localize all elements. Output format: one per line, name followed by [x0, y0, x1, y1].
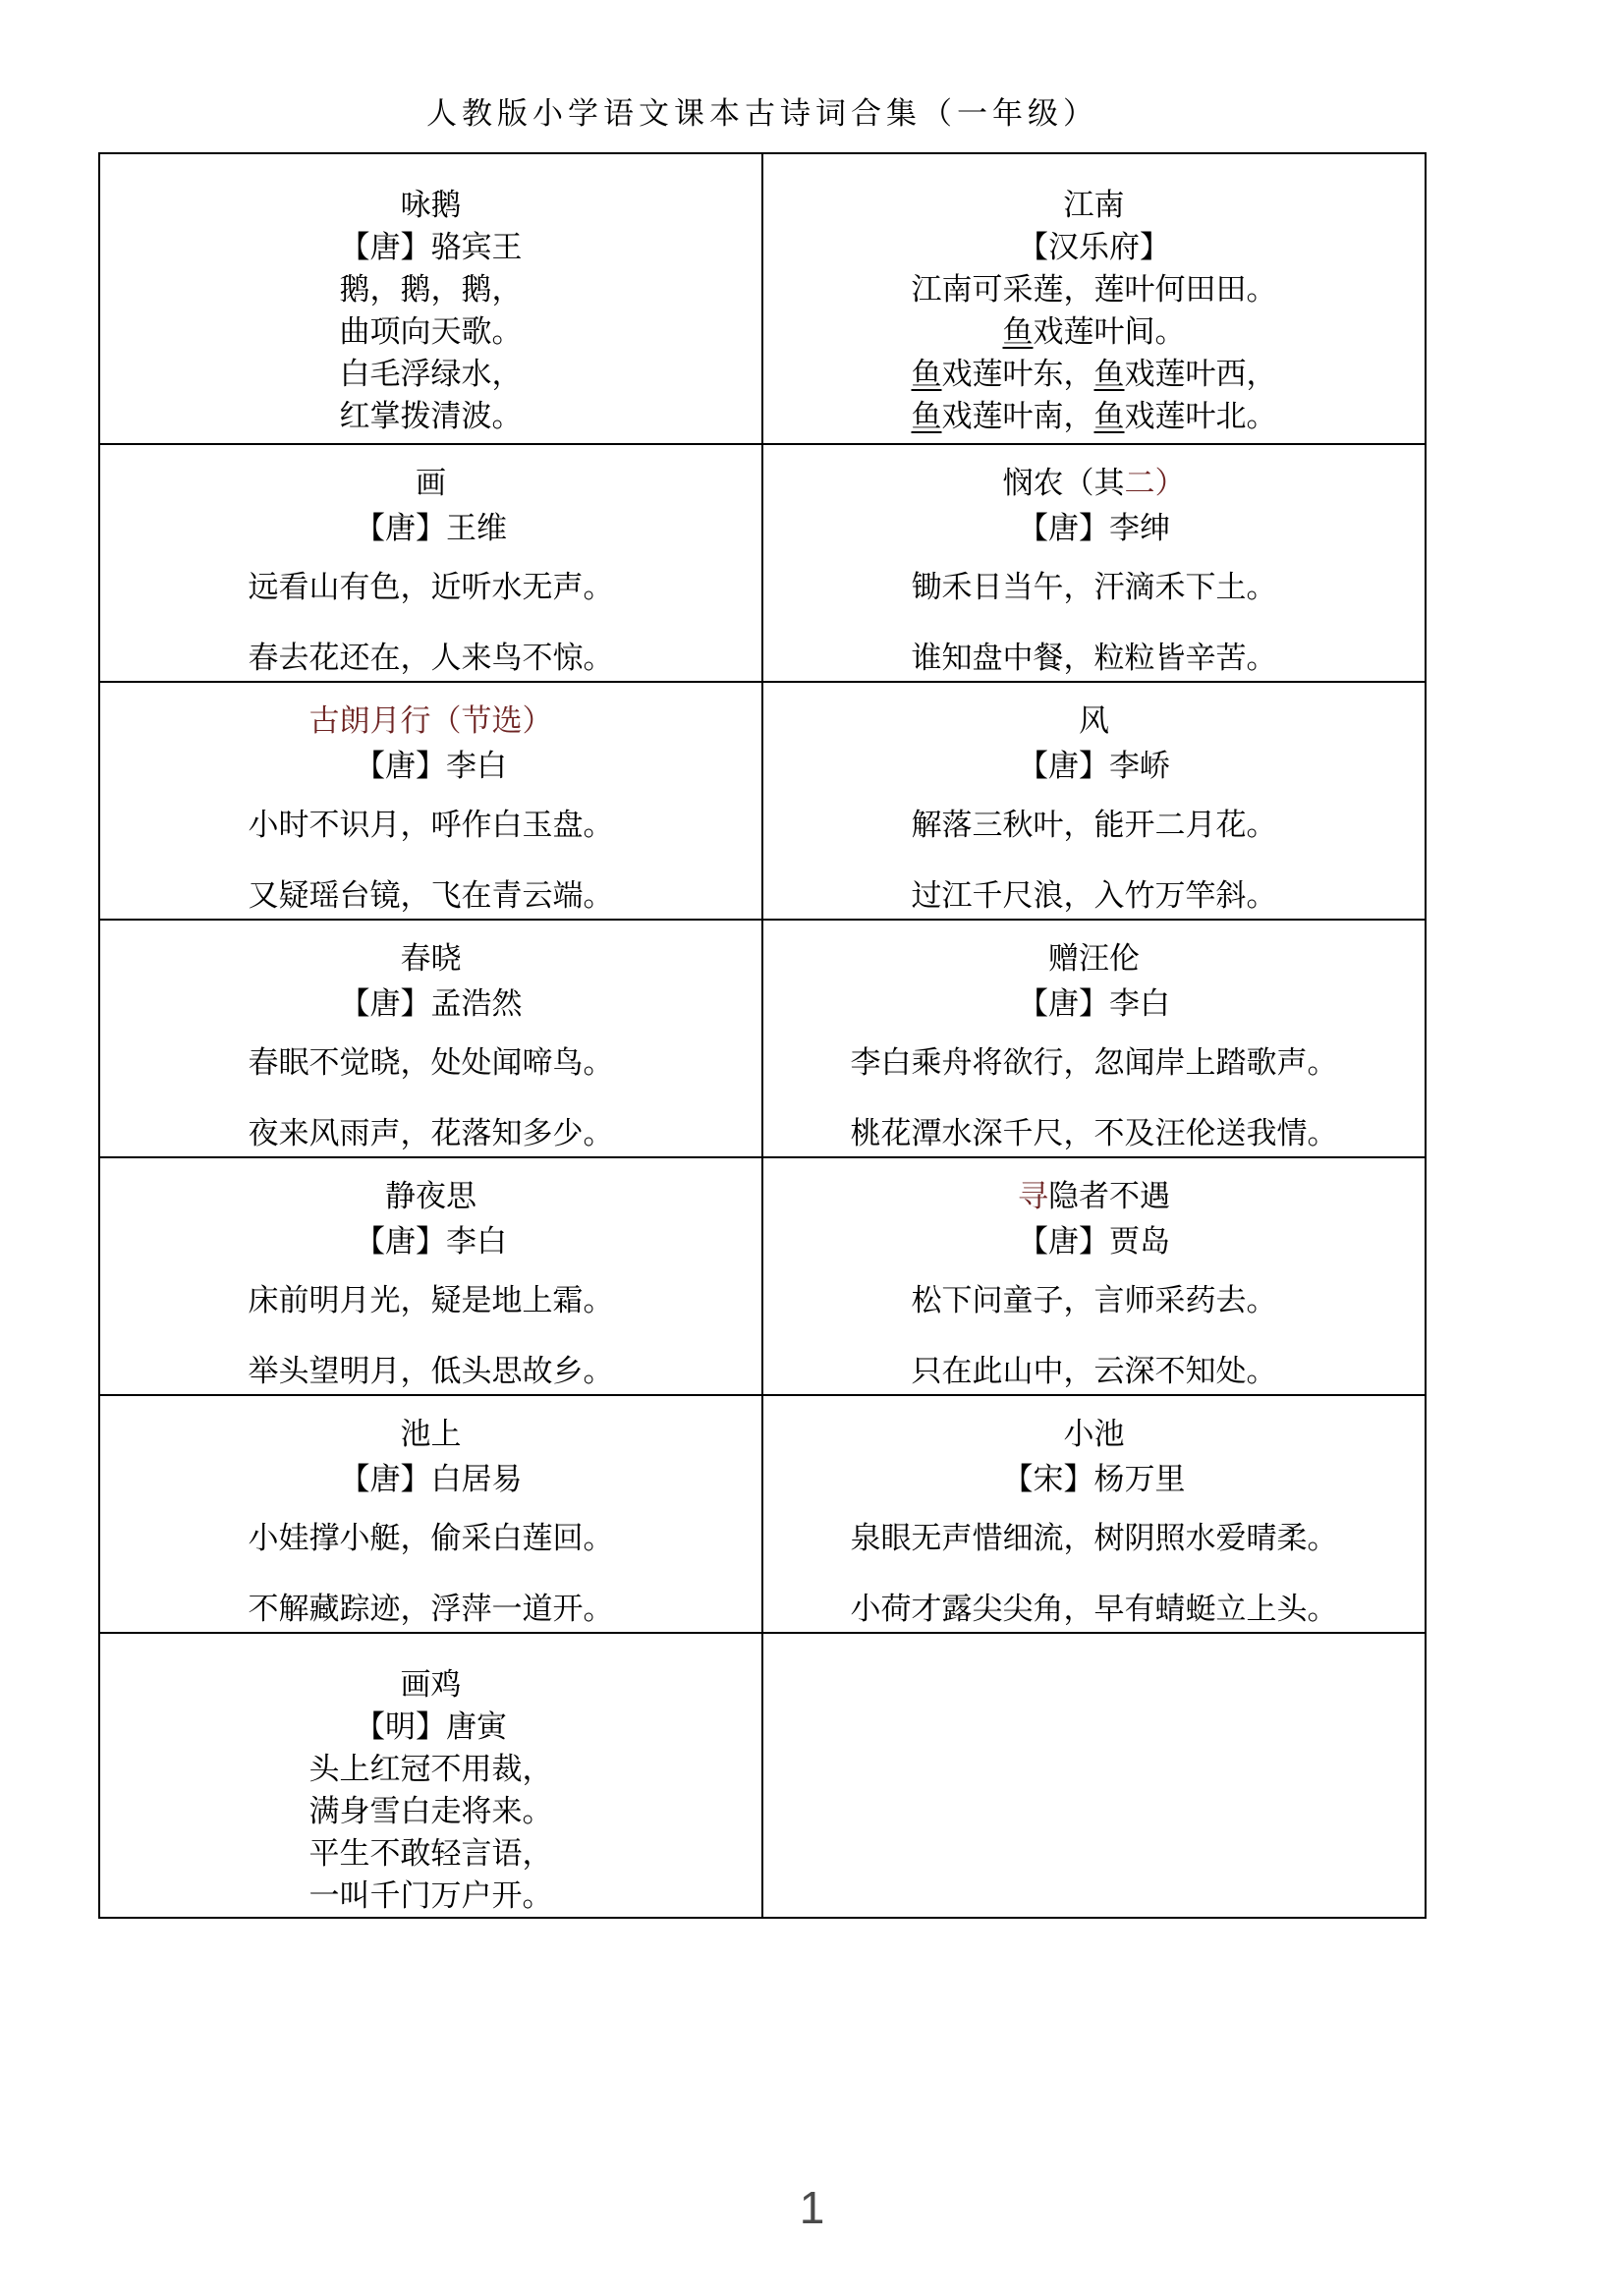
poem-author-line: 【唐】骆宾王 [100, 226, 761, 268]
text-segment: 李白乘舟将欲行，忽闻岸上踏歌声。 [851, 1045, 1338, 1080]
text-segment: 画鸡 [401, 1667, 462, 1702]
text-segment: 鱼 [1003, 314, 1034, 349]
poem-verse-line: 谁知盘中餐，粒粒皆辛苦。 [763, 636, 1425, 681]
poem-verse-line: 小荷才露尖尖角，早有蜻蜓立上头。 [763, 1587, 1425, 1632]
poem-cell: 江南【汉乐府】江南可采莲，莲叶何田田。鱼戏莲叶间。鱼戏莲叶东，鱼戏莲叶西，鱼戏莲… [762, 153, 1426, 444]
poem-verse-line: 春去花还在，人来鸟不惊。 [100, 636, 761, 681]
poem-verse-line: 举头望明月，低头思故乡。 [100, 1349, 761, 1394]
text-segment: 【唐】贾岛 [1018, 1224, 1170, 1259]
poem-verse-line: 鱼戏莲叶东，鱼戏莲叶西， [763, 353, 1425, 395]
text-segment: 床前明月光，疑是地上霜。 [249, 1283, 614, 1317]
poem-verse-line: 白毛浮绿水， [100, 353, 761, 395]
poem-cell: 小池【宋】杨万里泉眼无声惜细流，树阴照水爱晴柔。小荷才露尖尖角，早有蜻蜓立上头。 [762, 1395, 1426, 1633]
page-title: 人教版小学语文课本古诗词合集（一年级） [98, 88, 1427, 133]
poem-title-line: 小池 [763, 1412, 1425, 1457]
poem-author-line: 【宋】杨万里 [763, 1457, 1425, 1502]
text-segment: 【唐】李白 [355, 749, 507, 783]
text-segment: 远看山有色，近听水无声。 [249, 570, 614, 604]
poem-cell: 池上【唐】白居易小娃撑小艇，偷采白莲回。不解藏踪迹，浮萍一道开。 [99, 1395, 762, 1633]
poem-author-line: 【唐】李峤 [763, 744, 1425, 789]
poem-verse-line: 鱼戏莲叶南，鱼戏莲叶北。 [763, 395, 1425, 437]
poem-title-line: 春晓 [100, 936, 761, 981]
text-segment: 【汉乐府】 [1018, 230, 1170, 264]
text-segment: 悯农（其 [1003, 466, 1125, 500]
text-segment: 曲项向天歌。 [340, 314, 523, 349]
text-segment: 头上红冠不用裁， [309, 1752, 553, 1786]
text-segment: 谁知盘中餐，粒粒皆辛苦。 [912, 641, 1277, 675]
poem-verse-line: 桃花潭水深千尺，不及汪伦送我情。 [763, 1111, 1425, 1156]
poem-title-line: 风 [763, 699, 1425, 744]
poem-verse-line: 平生不敢轻言语， [100, 1832, 761, 1875]
poem-verse-line: 曲项向天歌。 [100, 310, 761, 353]
text-segment: 戏莲叶南， [942, 399, 1094, 433]
text-segment: 戏莲叶东， [942, 357, 1094, 391]
poem-verse-line: 锄禾日当午，汗滴禾下土。 [763, 565, 1425, 610]
text-segment: 池上 [401, 1417, 462, 1451]
text-segment: 鹅，鹅，鹅， [340, 272, 523, 307]
poem-title-line: 悯农（其二） [763, 461, 1425, 506]
table-row: 画【唐】王维远看山有色，近听水无声。春去花还在，人来鸟不惊。悯农（其二）【唐】李… [99, 444, 1426, 682]
text-segment: 春晓 [401, 941, 462, 976]
text-segment: 春眠不觉晓，处处闻啼鸟。 [249, 1045, 614, 1080]
poem-verse-line: 泉眼无声惜细流，树阴照水爱晴柔。 [763, 1516, 1425, 1561]
document-page: 人教版小学语文课本古诗词合集（一年级） 咏鹅【唐】骆宾王鹅，鹅，鹅，曲项向天歌。… [0, 0, 1624, 2296]
poem-verse-line: 小时不识月，呼作白玉盘。 [100, 803, 761, 848]
poem-title-line: 寻隐者不遇 [763, 1174, 1425, 1219]
poem-verse-line: 床前明月光，疑是地上霜。 [100, 1278, 761, 1323]
poem-author-line: 【唐】李白 [763, 981, 1425, 1027]
text-segment: 【宋】杨万里 [1003, 1462, 1186, 1496]
text-segment: 江南可采莲，莲叶何田田。 [912, 272, 1277, 307]
text-segment: 风 [1079, 703, 1109, 738]
poem-verse-line: 只在此山中，云深不知处。 [763, 1349, 1425, 1394]
poem-title-line: 静夜思 [100, 1174, 761, 1219]
text-segment: 【唐】孟浩然 [340, 986, 523, 1021]
poem-verse-line: 满身雪白走将来。 [100, 1790, 761, 1832]
poem-verse-line: 鱼戏莲叶间。 [763, 310, 1425, 353]
text-segment: 戏莲叶西， [1125, 357, 1277, 391]
text-segment: 【唐】李峤 [1018, 749, 1170, 783]
poem-verse-line: 远看山有色，近听水无声。 [100, 565, 761, 610]
poem-cell: 古朗月行（节选）【唐】李白小时不识月，呼作白玉盘。又疑瑶台镜，飞在青云端。 [99, 682, 762, 920]
poem-author-line: 【唐】贾岛 [763, 1219, 1425, 1264]
poem-cell: 咏鹅【唐】骆宾王鹅，鹅，鹅，曲项向天歌。白毛浮绿水，红掌拨清波。 [99, 153, 762, 444]
poem-title-line: 江南 [763, 184, 1425, 226]
text-segment: 【唐】王维 [355, 511, 507, 545]
poem-author-line: 【唐】孟浩然 [100, 981, 761, 1027]
text-segment: 二） [1125, 466, 1186, 500]
poem-author-line: 【唐】李白 [100, 1219, 761, 1264]
table-row: 春晓【唐】孟浩然春眠不觉晓，处处闻啼鸟。夜来风雨声，花落知多少。赠汪伦【唐】李白… [99, 920, 1426, 1157]
poem-verse-line: 鹅，鹅，鹅， [100, 268, 761, 310]
table-row: 画鸡【明】唐寅头上红冠不用裁，满身雪白走将来。平生不敢轻言语，一叫千门万户开。 [99, 1633, 1426, 1918]
table-row: 咏鹅【唐】骆宾王鹅，鹅，鹅，曲项向天歌。白毛浮绿水，红掌拨清波。江南【汉乐府】江… [99, 153, 1426, 444]
poem-verse-line: 李白乘舟将欲行，忽闻岸上踏歌声。 [763, 1040, 1425, 1086]
poem-cell: 悯农（其二）【唐】李绅锄禾日当午，汗滴禾下土。谁知盘中餐，粒粒皆辛苦。 [762, 444, 1426, 682]
table-row: 静夜思【唐】李白床前明月光，疑是地上霜。举头望明月，低头思故乡。寻隐者不遇【唐】… [99, 1157, 1426, 1395]
poem-title-line: 池上 [100, 1412, 761, 1457]
poems-table: 咏鹅【唐】骆宾王鹅，鹅，鹅，曲项向天歌。白毛浮绿水，红掌拨清波。江南【汉乐府】江… [98, 152, 1427, 1919]
text-segment: 锄禾日当午，汗滴禾下土。 [912, 570, 1277, 604]
poem-verse-line: 红掌拨清波。 [100, 395, 761, 437]
poem-verse-line: 江南可采莲，莲叶何田田。 [763, 268, 1425, 310]
text-segment: 过江千尺浪，入竹万竿斜。 [912, 878, 1277, 913]
text-segment: 松下问童子，言师采药去。 [912, 1283, 1277, 1317]
poem-verse-line: 一叫千门万户开。 [100, 1875, 761, 1917]
poem-title-line: 画鸡 [100, 1663, 761, 1706]
poem-author-line: 【汉乐府】 [763, 226, 1425, 268]
poem-verse-line: 过江千尺浪，入竹万竿斜。 [763, 873, 1425, 919]
poem-verse-line: 小娃撑小艇，偷采白莲回。 [100, 1516, 761, 1561]
text-segment: 举头望明月，低头思故乡。 [249, 1354, 614, 1388]
text-segment: 【唐】骆宾王 [340, 230, 523, 264]
text-segment: 小池 [1064, 1417, 1125, 1451]
text-segment: 静夜思 [385, 1179, 476, 1213]
poem-verse-line: 松下问童子，言师采药去。 [763, 1278, 1425, 1323]
text-segment: 画 [416, 466, 446, 500]
poem-cell: 静夜思【唐】李白床前明月光，疑是地上霜。举头望明月，低头思故乡。 [99, 1157, 762, 1395]
text-segment: 【唐】李白 [355, 1224, 507, 1259]
poem-verse-line: 又疑瑶台镜，飞在青云端。 [100, 873, 761, 919]
text-segment: 夜来风雨声，花落知多少。 [249, 1116, 614, 1150]
text-segment: 小荷才露尖尖角，早有蜻蜓立上头。 [851, 1592, 1338, 1626]
text-segment: 戏莲叶间。 [1034, 314, 1186, 349]
poem-verse-line: 不解藏踪迹，浮萍一道开。 [100, 1587, 761, 1632]
text-segment: 鱼 [1094, 399, 1125, 433]
poem-verse-line: 春眠不觉晓，处处闻啼鸟。 [100, 1040, 761, 1086]
text-segment: 寻 [1018, 1179, 1048, 1213]
text-segment: 红掌拨清波。 [340, 399, 523, 433]
poem-cell [762, 1633, 1426, 1918]
poem-cell: 春晓【唐】孟浩然春眠不觉晓，处处闻啼鸟。夜来风雨声，花落知多少。 [99, 920, 762, 1157]
text-segment: 鱼 [1094, 357, 1125, 391]
text-segment: 桃花潭水深千尺，不及汪伦送我情。 [851, 1116, 1338, 1150]
text-segment: 【唐】李绅 [1018, 511, 1170, 545]
page-number: 1 [0, 2181, 1624, 2234]
poem-author-line: 【唐】白居易 [100, 1457, 761, 1502]
table-row: 池上【唐】白居易小娃撑小艇，偷采白莲回。不解藏踪迹，浮萍一道开。小池【宋】杨万里… [99, 1395, 1426, 1633]
poem-cell: 风【唐】李峤解落三秋叶，能开二月花。过江千尺浪，入竹万竿斜。 [762, 682, 1426, 920]
poem-title-line: 古朗月行（节选） [100, 699, 761, 744]
poem-cell: 寻隐者不遇【唐】贾岛松下问童子，言师采药去。只在此山中，云深不知处。 [762, 1157, 1426, 1395]
text-segment: 解落三秋叶，能开二月花。 [912, 808, 1277, 842]
poem-author-line: 【唐】王维 [100, 506, 761, 551]
poem-verse-line: 解落三秋叶，能开二月花。 [763, 803, 1425, 848]
poem-author-line: 【唐】李白 [100, 744, 761, 789]
poem-author-line: 【唐】李绅 [763, 506, 1425, 551]
poem-cell: 赠汪伦【唐】李白李白乘舟将欲行，忽闻岸上踏歌声。桃花潭水深千尺，不及汪伦送我情。 [762, 920, 1426, 1157]
text-segment: 戏莲叶北。 [1125, 399, 1277, 433]
text-segment: 小时不识月，呼作白玉盘。 [249, 808, 614, 842]
poem-cell: 画【唐】王维远看山有色，近听水无声。春去花还在，人来鸟不惊。 [99, 444, 762, 682]
poem-verse-line: 头上红冠不用裁， [100, 1748, 761, 1790]
text-segment: 鱼 [912, 399, 942, 433]
poem-title-line: 赠汪伦 [763, 936, 1425, 981]
text-segment: 【明】唐寅 [355, 1709, 507, 1744]
text-segment: 【唐】李白 [1018, 986, 1170, 1021]
poem-author-line: 【明】唐寅 [100, 1706, 761, 1748]
text-segment: 只在此山中，云深不知处。 [912, 1354, 1277, 1388]
text-segment: 咏鹅 [401, 188, 462, 222]
text-segment: 泉眼无声惜细流，树阴照水爱晴柔。 [851, 1521, 1338, 1555]
text-segment: 江南 [1064, 188, 1125, 222]
text-segment: 【唐】白居易 [340, 1462, 523, 1496]
poem-title-line: 画 [100, 461, 761, 506]
text-segment: 一叫千门万户开。 [309, 1878, 553, 1913]
poem-title-line: 咏鹅 [100, 184, 761, 226]
text-segment: 赠汪伦 [1048, 941, 1140, 976]
text-segment: 满身雪白走将来。 [309, 1794, 553, 1828]
poem-verse-line: 夜来风雨声，花落知多少。 [100, 1111, 761, 1156]
poems-table-body: 咏鹅【唐】骆宾王鹅，鹅，鹅，曲项向天歌。白毛浮绿水，红掌拨清波。江南【汉乐府】江… [99, 153, 1426, 1918]
table-row: 古朗月行（节选）【唐】李白小时不识月，呼作白玉盘。又疑瑶台镜，飞在青云端。风【唐… [99, 682, 1426, 920]
text-segment: 鱼 [912, 357, 942, 391]
text-segment: 不解藏踪迹，浮萍一道开。 [249, 1592, 614, 1626]
text-segment: 春去花还在，人来鸟不惊。 [249, 641, 614, 675]
text-segment: 白毛浮绿水， [340, 357, 523, 391]
text-segment: 又疑瑶台镜，飞在青云端。 [249, 878, 614, 913]
text-segment: 平生不敢轻言语， [309, 1836, 553, 1871]
text-segment: 小娃撑小艇，偷采白莲回。 [249, 1521, 614, 1555]
text-segment: 古朗月行（节选） [309, 703, 553, 738]
text-segment: 隐者不遇 [1048, 1179, 1170, 1213]
poem-cell: 画鸡【明】唐寅头上红冠不用裁，满身雪白走将来。平生不敢轻言语，一叫千门万户开。 [99, 1633, 762, 1918]
